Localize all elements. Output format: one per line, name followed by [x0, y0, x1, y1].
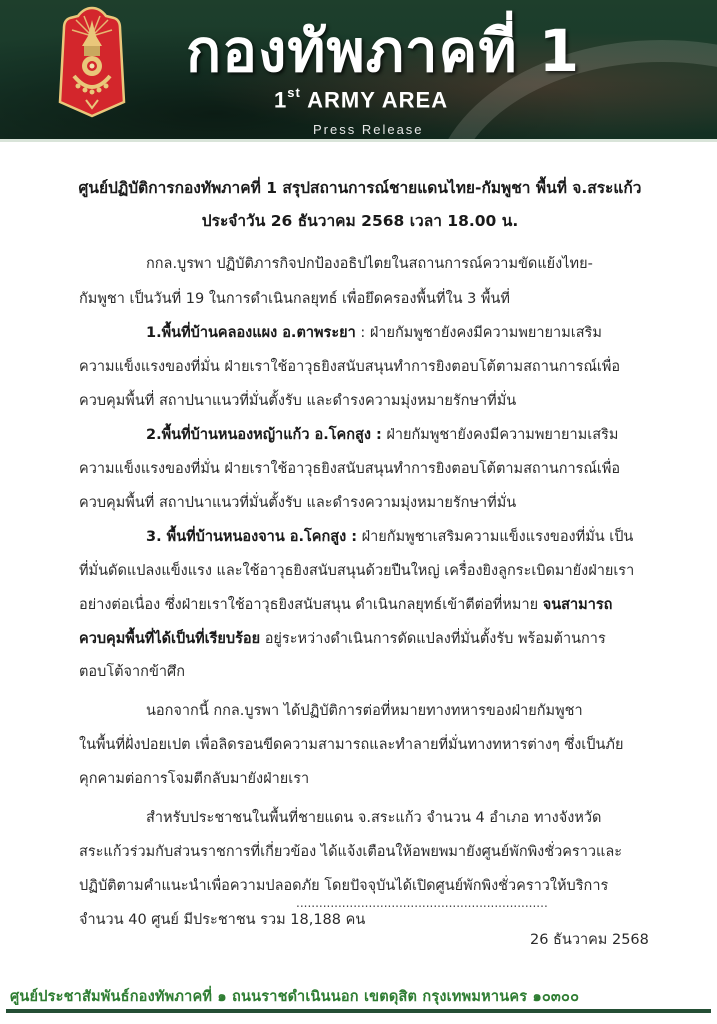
area-3-line-3: อย่างต่อเนื่อง ซึ่งฝ่ายเราใช้อาวุธยิงสนั…: [79, 593, 651, 616]
area-1-line-1: 1.พื้นที่บ้านคลองแผง อ.ตาพระยา : ฝ่ายกัม…: [146, 321, 717, 344]
press-release-label: Press Release: [313, 122, 424, 137]
headline-line-1: ศูนย์ปฏิบัติการกองทัพภาคที่ 1 สรุปสถานกา…: [60, 175, 660, 200]
additional-line-2: ในพื้นที่ฝั่งปอยเปต เพื่อลิดรอนขีดความสา…: [79, 733, 651, 756]
area-1-line-3: ควบคุมพื้นที่ สถาปนาแนวที่มั่นตั้งรับ แล…: [79, 389, 651, 412]
area-2-line-1: 2.พื้นที่บ้านหนองหญ้าแก้ว อ.โคกสูง : ฝ่า…: [146, 423, 717, 446]
banner-title: กองทัพภาคที่ 1: [186, 18, 606, 84]
area-3-line-5: ตอบโต้จากข้าศึก: [79, 660, 651, 683]
area-3-line-1: 3. พื้นที่บ้านหนองจาน อ.โคกสูง : ฝ่ายกัม…: [146, 525, 717, 548]
area-2-heading: 2.พื้นที่บ้านหนองหญ้าแก้ว อ.โคกสูง :: [146, 427, 382, 443]
area-3-heading: 3. พื้นที่บ้านหนองจาน อ.โคกสูง :: [146, 529, 357, 545]
signature-dotted-line: ........................................…: [296, 896, 548, 910]
additional-line-3: คุกคามต่อการโจมตีกลับมายังฝ่ายเรา: [79, 767, 651, 790]
banner-subtitle-en: 1st ARMY AREA: [274, 87, 448, 113]
area-2-line-3: ควบคุมพื้นที่ สถาปนาแนวที่มั่นตั้งรับ แล…: [79, 491, 651, 514]
civilians-line-1: สำหรับประชาชนในพื้นที่ชายแดน จ.สระแก้ว จ…: [146, 806, 717, 829]
area-3-line-2: ที่มั่นดัดแปลงแข็งแรง และใช้อาวุธยิงสนับ…: [79, 559, 651, 582]
intro-line-2: กัมพูชา เป็นวันที่ 19 ในการดำเนินกลยุทธ์…: [79, 287, 651, 310]
civilians-line-3: ปฏิบัติตามคำแนะนำเพื่อความปลอดภัย โดยปัจ…: [79, 874, 651, 897]
army-emblem-icon: [56, 6, 128, 118]
civilians-line-2: สระแก้วร่วมกับส่วนราชการที่เกี่ยวข้อง ได…: [79, 840, 651, 863]
footer-address: ศูนย์ประชาสัมพันธ์กองทัพภาคที่ ๑ ถนนราชด…: [10, 985, 710, 1008]
additional-line-1: นอกจากนี้ กกล.บูรพา ได้ปฏิบัติการต่อที่ห…: [146, 699, 717, 722]
intro-line-1: กกล.บูรพา ปฏิบัติภารกิจปกป้องอธิปไตยในสถ…: [146, 252, 717, 275]
footer-rule: [6, 1009, 711, 1013]
signature-date: 26 ธันวาคม 2568: [530, 928, 649, 951]
banner-divider: [0, 139, 717, 142]
area-1-heading: 1.พื้นที่บ้านคลองแผง อ.ตาพระยา: [146, 325, 356, 341]
headline-line-2: ประจำวัน 26 ธันวาคม 2568 เวลา 18.00 น.: [60, 208, 660, 233]
area-2-line-2: ความแข็งแรงของที่มั่น ฝ่ายเราใช้อาวุธยิง…: [79, 457, 651, 480]
area-3-line-4: ควบคุมพื้นที่ได้เป็นที่เรียบร้อย อยู่ระห…: [79, 627, 651, 650]
area-1-line-2: ความแข็งแรงของที่มั่น ฝ่ายเราใช้อาวุธยิง…: [79, 355, 651, 378]
header-banner: กองทัพภาคที่ 1 1st ARMY AREA Press Relea…: [0, 0, 717, 142]
